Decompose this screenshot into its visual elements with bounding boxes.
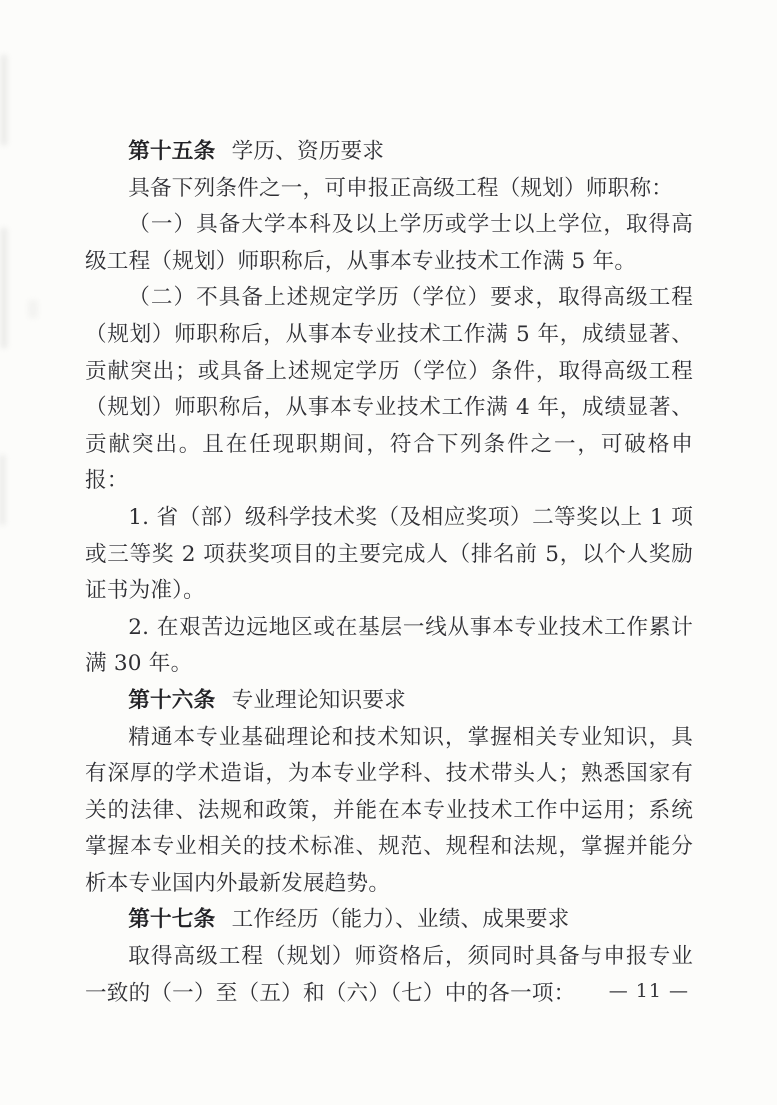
article-number: 第十六条 — [128, 688, 215, 713]
scan-artifact — [1, 55, 7, 145]
scan-artifact — [0, 455, 5, 525]
article-title: 专业理论知识要求 — [232, 688, 406, 713]
scanned-document-page: 第十五条学历、资历要求 具备下列条件之一，可申报正高级工程（规划）师职称： （一… — [0, 0, 777, 1105]
article-heading-16: 第十六条专业理论知识要求 — [85, 683, 693, 720]
article-heading-17: 第十七条工作经历（能力）、业绩、成果要求 — [85, 902, 693, 939]
paragraph: 取得高级工程（规划）师资格后，须同时具备与申报专业一致的（一）至（五）和（六）（… — [85, 939, 693, 1012]
scan-artifact — [28, 300, 38, 318]
paragraph: 1. 省（部）级科学技术奖（及相应奖项）二等奖以上 1 项或三等奖 2 项获奖项… — [85, 500, 693, 610]
document-body: 第十五条学历、资历要求 具备下列条件之一，可申报正高级工程（规划）师职称： （一… — [85, 134, 693, 1012]
paragraph: （一）具备大学本科及以上学历或学士以上学位，取得高级工程（规划）师职称后，从事本… — [85, 207, 693, 280]
paragraph: （二）不具备上述规定学历（学位）要求，取得高级工程（规划）师职称后，从事本专业技… — [85, 280, 693, 500]
paragraph: 2. 在艰苦边远地区或在基层一线从事本专业技术工作累计满 30 年。 — [85, 610, 693, 683]
scan-artifact — [1, 228, 7, 348]
article-title: 学历、资历要求 — [232, 139, 385, 164]
paragraph: 精通本专业基础理论和技术知识，掌握相关专业知识，具有深厚的学术造诣，为本专业学科… — [85, 720, 693, 903]
article-number: 第十五条 — [128, 139, 215, 164]
article-title: 工作经历（能力）、业绩、成果要求 — [232, 907, 570, 932]
page-number: — 11 — — [609, 980, 689, 1002]
article-heading-15: 第十五条学历、资历要求 — [85, 134, 693, 171]
paragraph: 具备下列条件之一，可申报正高级工程（规划）师职称： — [85, 171, 693, 208]
article-number: 第十七条 — [128, 907, 215, 932]
